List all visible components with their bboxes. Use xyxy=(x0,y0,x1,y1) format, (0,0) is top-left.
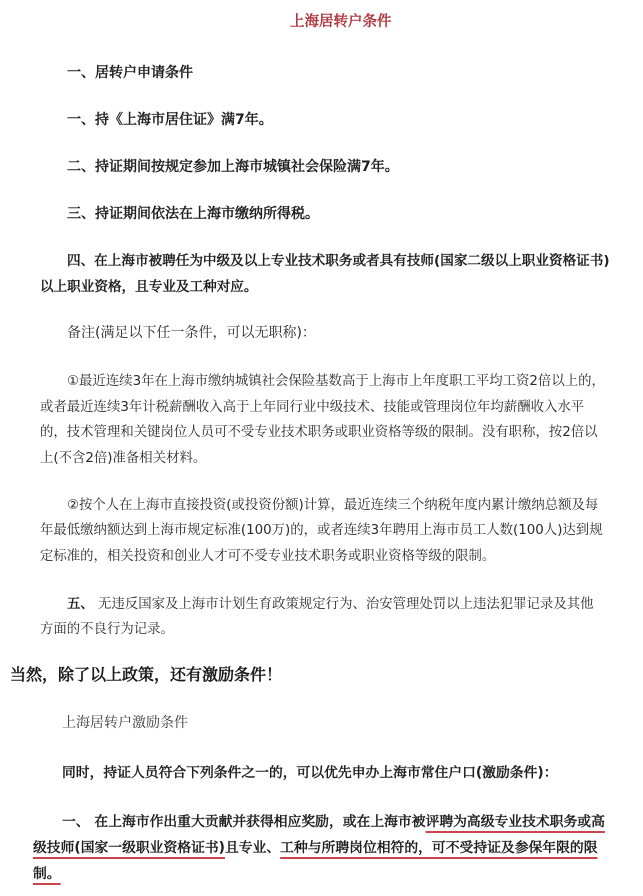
condition-item-3: 三、持证期间依法在上海市缴纳所得税。 xyxy=(67,204,319,224)
note1-line4: 上(不含2倍)准备相关材料。 xyxy=(40,449,206,469)
note-label: 备注(满足以下任一条件，可以无职称)： xyxy=(67,323,316,343)
section-heading: 一、居转户申请条件 xyxy=(67,63,193,83)
note2-line3: 定标准的，相关投资和创业人才可不受专业技术职务或职业资格等级的限制。 xyxy=(40,547,495,567)
incentive-subtitle: 上海居转户激励条件 xyxy=(62,713,188,733)
note1-line3: 的，技术管理和关键岗位人员可不受专业技术职务或职业资格等级的限制。没有职称，按2… xyxy=(40,423,598,443)
condition-item-5-label: 五、 xyxy=(67,597,94,612)
note1-line2: 或者最近连续3年计税薪酬收入高于上年同行业中级技术、技能或管理岗位年均薪酬收入水… xyxy=(40,398,584,418)
highlighted-text: 评聘为高级专业技术职务或高 xyxy=(426,814,605,830)
document-title: 上海居转户条件 xyxy=(290,12,392,32)
incentive-item-1-line1: 一、 在上海市作出重大贡献并获得相应奖励，或在上海市被评聘为高级专业技术职务或高 xyxy=(62,812,605,832)
condition-item-4-line2: 以上职业资格，且专业及工种对应。 xyxy=(40,277,258,297)
condition-item-2: 二、持证期间按规定参加上海市城镇社会保险满7年。 xyxy=(67,157,399,177)
transition-heading: 当然，除了以上政策，还有激励条件！ xyxy=(10,665,282,685)
highlighted-text: 工种与所聘岗位相符的，可不受持证及参保年限的限 xyxy=(280,840,597,856)
condition-item-5-text: 无违反国家及上海市计划生育政策规定行为、治安管理处罚以上违法犯罪记录及其他 xyxy=(94,597,594,612)
condition-item-1: 一、持《上海市居住证》满7年。 xyxy=(67,110,273,130)
highlighted-text: 级技师(国家一级职业资格证书) xyxy=(33,840,225,856)
incentive-item-1-line3: 制。 xyxy=(33,864,61,884)
incentive-item-1-text: 且专业、 xyxy=(225,840,280,856)
condition-item-4-line1: 四、在上海市被聘任为中级及以上专业技术职务或者具有技师(国家二级以上职业资格证书… xyxy=(67,251,610,271)
highlighted-text: 制。 xyxy=(33,866,61,882)
note2-line2: 年最低缴纳额达到上海市规定标准(100万)的，或者连续3年聘用上海市员工人数(1… xyxy=(40,521,603,541)
incentive-intro: 同时，持证人员符合下列条件之一的，可以优先申办上海市常住户口(激励条件)： xyxy=(62,763,558,783)
condition-item-5-line2: 方面的不良行为记录。 xyxy=(40,620,174,640)
incentive-item-1-line2: 级技师(国家一级职业资格证书)且专业、工种与所聘岗位相符的，可不受持证及参保年限… xyxy=(33,838,598,858)
incentive-item-1-text: 一、 在上海市作出重大贡献并获得相应奖励，或在上海市被 xyxy=(62,814,426,830)
note2-line1: ②按个人在上海市直接投资(或投资份额)计算，最近连续三个纳税年度内累计缴纳总额及… xyxy=(67,496,598,516)
condition-item-5-line1: 五、 无违反国家及上海市计划生育政策规定行为、治安管理处罚以上违法犯罪记录及其他 xyxy=(67,595,594,615)
note1-line1: ①最近连续3年在上海市缴纳城镇社会保险基数高于上海市上年度职工平均工资2倍以上的… xyxy=(67,372,605,392)
